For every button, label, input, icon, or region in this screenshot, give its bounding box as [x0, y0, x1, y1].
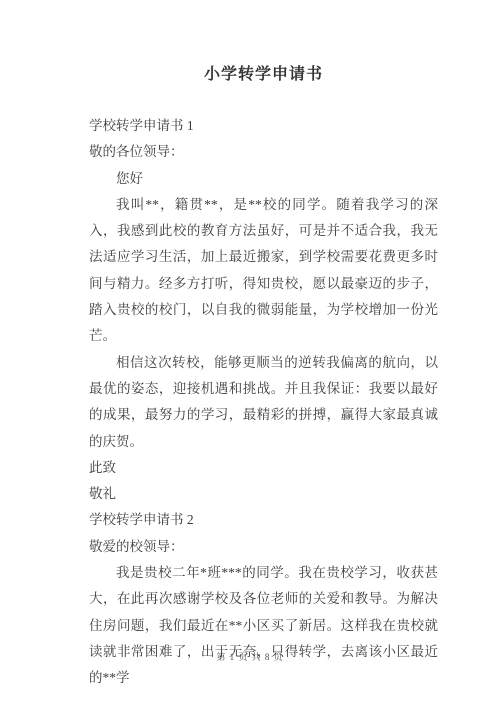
- section-heading-1: 学校转学申请书 1: [89, 113, 438, 139]
- paragraph: 我是贵校二年*班***的同学。我在贵校学习，收获甚大，在此再次感谢学校及各位老师…: [89, 560, 438, 691]
- document-body: 小学转学申请书 学校转学申请书 1 敬的各位领导： 您好 我叫**，籍贯**，是…: [89, 62, 438, 692]
- salutation-1: 敬的各位领导：: [89, 139, 438, 165]
- closing-jingli: 敬礼: [89, 481, 438, 507]
- page-number-footer: 第 1 页 共 8 页: [0, 650, 500, 663]
- paragraph: 相信这次转校，能够更顺当的逆转我偏离的航向，以最优的姿态，迎接机遇和挑战。并且我…: [89, 350, 438, 455]
- section-heading-2: 学校转学申请书 2: [89, 507, 438, 533]
- greeting-line: 您好: [89, 166, 438, 192]
- document-title: 小学转学申请书: [89, 62, 438, 88]
- salutation-2: 敬爱的校领导：: [89, 534, 438, 560]
- closing-cizhi: 此致: [89, 455, 438, 481]
- paragraph: 我叫**，籍贯**，是**校的同学。随着我学习的深入，我感到此校的教育方法虽好，…: [89, 192, 438, 350]
- document-page: 小学转学申请书 学校转学申请书 1 敬的各位领导： 您好 我叫**，籍贯**，是…: [0, 0, 500, 707]
